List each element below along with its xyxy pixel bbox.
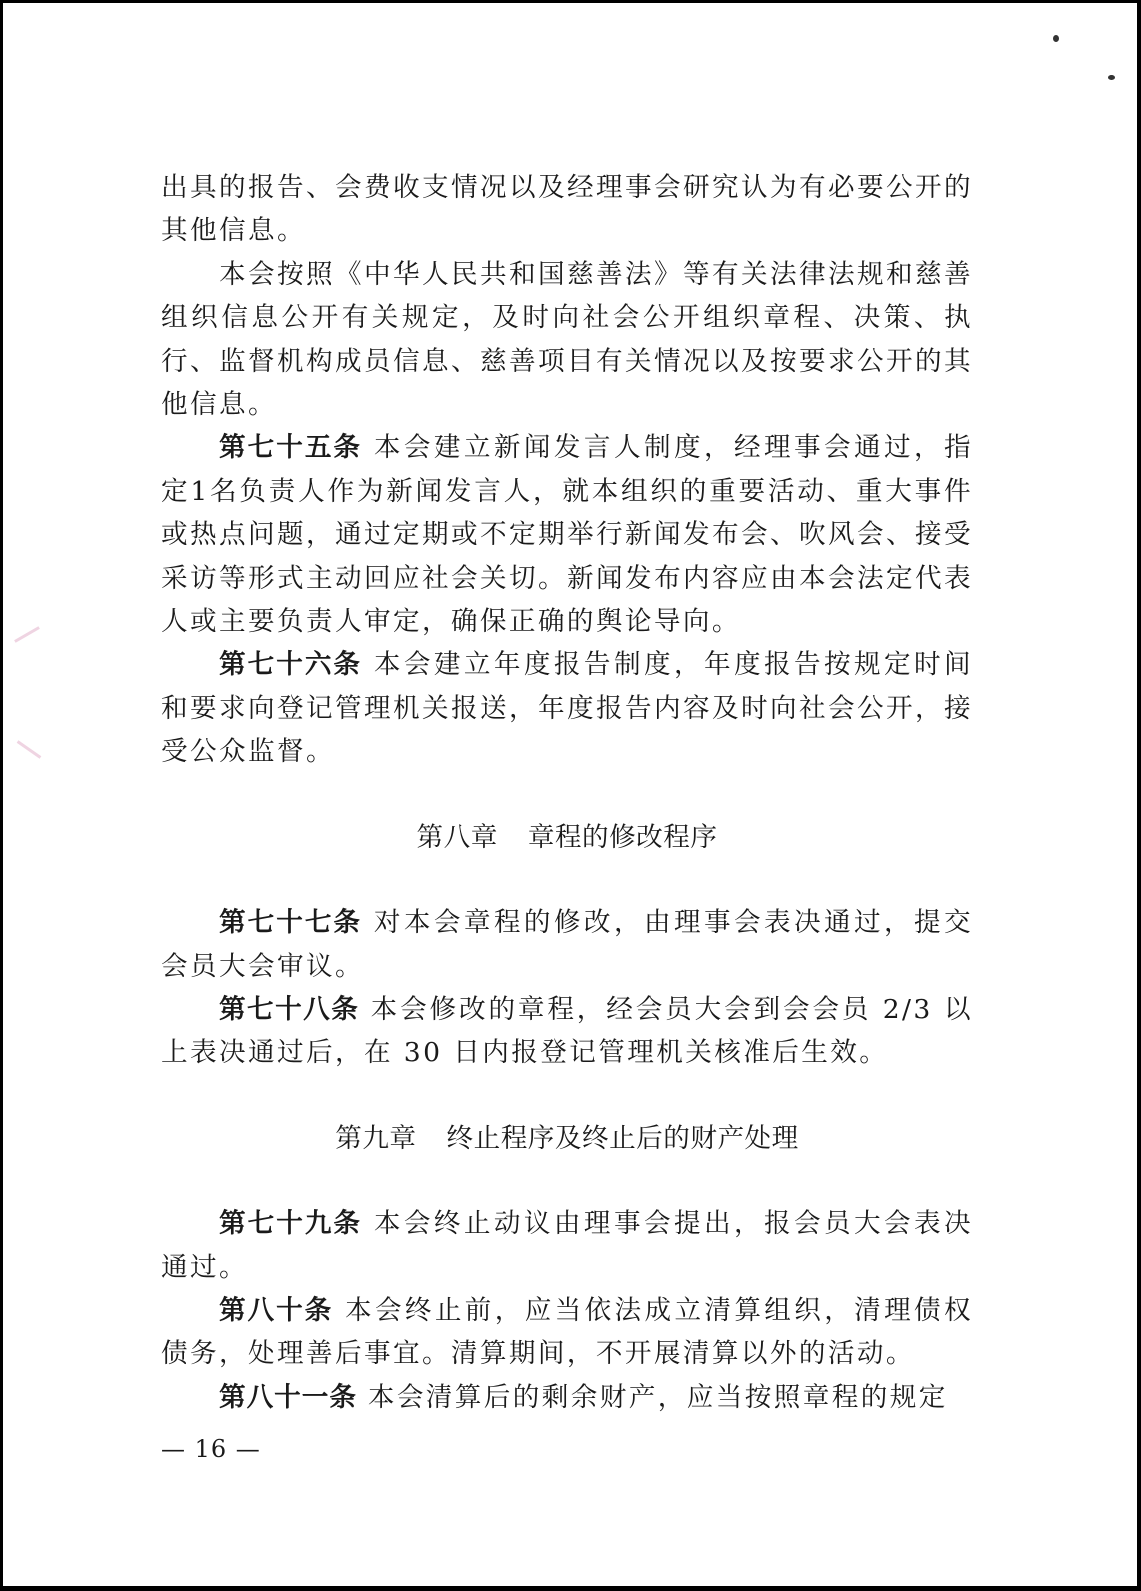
paragraph-text: 本会按照《中华人民共和国慈善法》等有关法律法规和慈善组织信息公开有关规定，及时向… [161,259,973,420]
chapter-8-heading: 第八章章程的修改程序 [161,816,973,859]
chapter-number: 第八章 [417,822,498,853]
paragraph-continued: 出具的报告、会费收支情况以及经理事会研究认为有必要公开的其他信息。 [161,166,973,253]
article-heading: 第七十六条 [219,649,362,680]
chapter-number: 第九章 [335,1123,416,1154]
article-75: 第七十五条 本会建立新闻发言人制度，经理事会通过，指定1名负责人作为新闻发言人，… [161,426,973,643]
chapter-title: 章程的修改程序 [528,822,718,853]
article-76: 第七十六条 本会建立年度报告制度，年度报告按规定时间和要求向登记管理机关报送，年… [161,643,973,773]
article-text: 本会清算后的剩余财产，应当按照章程的规定 [357,1382,948,1413]
scan-speck [1053,35,1059,42]
article-heading: 第七十五条 [219,432,362,463]
paragraph-disclosure: 本会按照《中华人民共和国慈善法》等有关法律法规和慈善组织信息公开有关规定，及时向… [161,253,973,427]
article-78: 第七十八条 本会修改的章程，经会员大会到会会员 2/3 以上表决通过后，在 30… [161,988,973,1075]
paragraph-text: 出具的报告、会费收支情况以及经理事会研究认为有必要公开的其他信息。 [161,172,973,246]
chapter-9-heading: 第九章终止程序及终止后的财产处理 [161,1117,973,1160]
document-body: 出具的报告、会费收支情况以及经理事会研究认为有必要公开的其他信息。 本会按照《中… [161,166,973,1419]
scanned-page-frame: 出具的报告、会费收支情况以及经理事会研究认为有必要公开的其他信息。 本会按照《中… [0,0,1141,1591]
scan-edge-mark [17,740,42,759]
article-80: 第八十条 本会终止前，应当依法成立清算组织，清理债权债务，处理善后事宜。清算期间… [161,1289,973,1376]
article-heading: 第七十九条 [219,1208,362,1239]
article-77: 第七十七条 对本会章程的修改，由理事会表决通过，提交会员大会审议。 [161,901,973,988]
article-79: 第七十九条 本会终止动议由理事会提出，报会员大会表决通过。 [161,1202,973,1289]
page-number: — 16 — [161,1435,261,1463]
chapter-title: 终止程序及终止后的财产处理 [447,1123,799,1154]
article-81: 第八十一条 本会清算后的剩余财产，应当按照章程的规定 [161,1376,973,1419]
article-heading: 第八十一条 [219,1382,357,1413]
article-heading: 第八十条 [219,1295,333,1326]
article-heading: 第七十七条 [219,907,362,938]
article-heading: 第七十八条 [219,994,359,1025]
scan-edge-mark [14,626,40,643]
scan-speck [1108,75,1115,80]
